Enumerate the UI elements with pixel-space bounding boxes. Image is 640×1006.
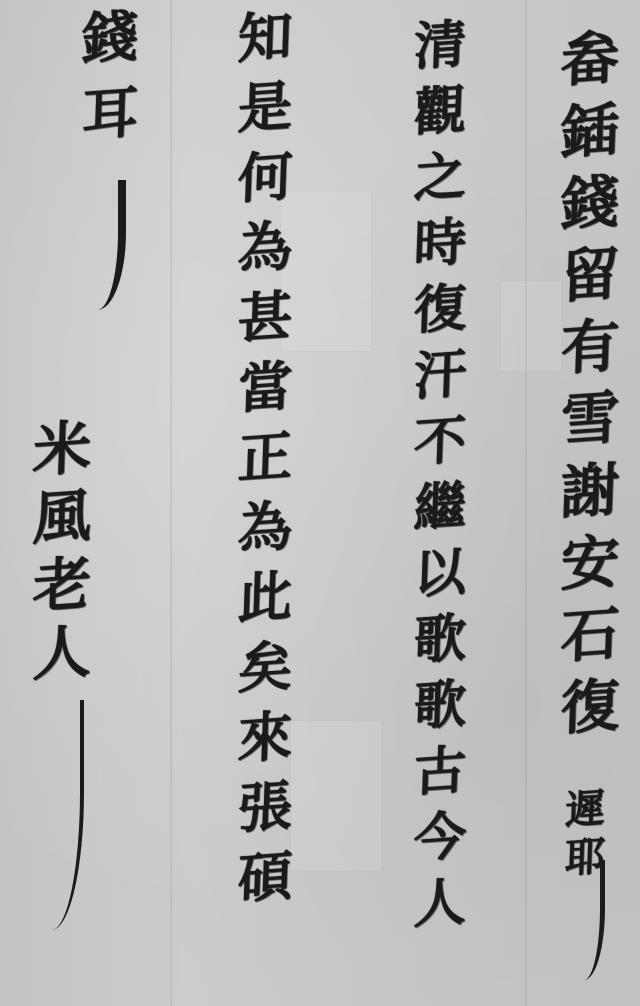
calligraphy-character: 歌 [413,678,467,734]
calligraphy-character: 安 [560,532,620,594]
calligraphy-character: 為 [237,498,293,556]
faint-seal-shadow [290,720,382,872]
calligraphy-character: 不 [413,414,467,470]
calligraphy-character: 風 [32,486,92,548]
calligraphy-character: 是 [237,78,293,136]
calligraphy-character: 以 [413,546,467,602]
calligraphy-character: 老 [32,554,92,616]
calligraphy-character: 遲 [564,789,606,832]
brush-tail-stroke [570,860,605,980]
paper-fold-line [170,0,172,1006]
calligraphy-character: 張 [237,778,293,836]
calligraphy-character: 之 [413,150,467,206]
calligraphy-character: 矣 [237,638,293,696]
calligraphy-character: 古 [413,744,467,800]
calligraphy-column: 錢耳 [82,10,138,142]
calligraphy-character: 謝 [560,460,620,522]
calligraphy-character: 觀 [413,84,467,140]
calligraphy-character: 人 [413,876,467,932]
calligraphy-character: 當 [237,358,293,416]
calligraphy-column: 畚鍤錢留有雪謝安石復 [561,30,619,736]
calligraphy-character: 時 [413,216,467,272]
brush-tail-stroke [78,180,126,310]
calligraphy-character: 人 [32,622,92,684]
calligraphy-character: 何 [237,148,293,206]
calligraphy-character: 知 [237,8,293,66]
calligraphy-character: 留 [560,244,620,306]
calligraphy-character: 雪 [560,388,620,450]
calligraphy-column: 米風老人 [33,420,91,682]
calligraphy-paper: 畚鍤錢留有雪謝安石復遲耶清觀之時復汗不繼以歌歌古今人知是何為甚當正為此矣來張碩錢… [0,0,640,1006]
calligraphy-character: 清 [413,18,467,74]
calligraphy-character: 碩 [237,848,293,906]
calligraphy-character: 石 [560,604,620,666]
calligraphy-character: 有 [560,316,620,378]
faint-seal-shadow [280,190,372,352]
calligraphy-character: 今 [413,810,467,866]
calligraphy-column: 清觀之時復汗不繼以歌歌古今人 [414,20,466,930]
calligraphy-character: 來 [237,708,293,766]
calligraphy-character: 復 [560,676,620,738]
calligraphy-column: 知是何為甚當正為此矣來張碩 [238,10,292,904]
calligraphy-character: 甚 [237,288,293,346]
calligraphy-character: 為 [237,218,293,276]
calligraphy-character: 畚 [560,28,620,90]
calligraphy-character: 鍤 [560,100,620,162]
calligraphy-character: 耳 [81,84,139,144]
paper-fold-line [525,0,527,1006]
calligraphy-character: 米 [32,418,92,480]
calligraphy-character: 正 [237,428,293,486]
calligraphy-character: 錢 [81,8,139,68]
calligraphy-character: 汗 [413,348,467,404]
calligraphy-character: 錢 [560,172,620,234]
calligraphy-character: 復 [413,282,467,338]
brush-tail-stroke [30,700,84,930]
faint-seal-shadow [500,280,562,372]
calligraphy-character: 此 [237,568,293,626]
calligraphy-character: 繼 [413,480,467,536]
calligraphy-character: 歌 [413,612,467,668]
